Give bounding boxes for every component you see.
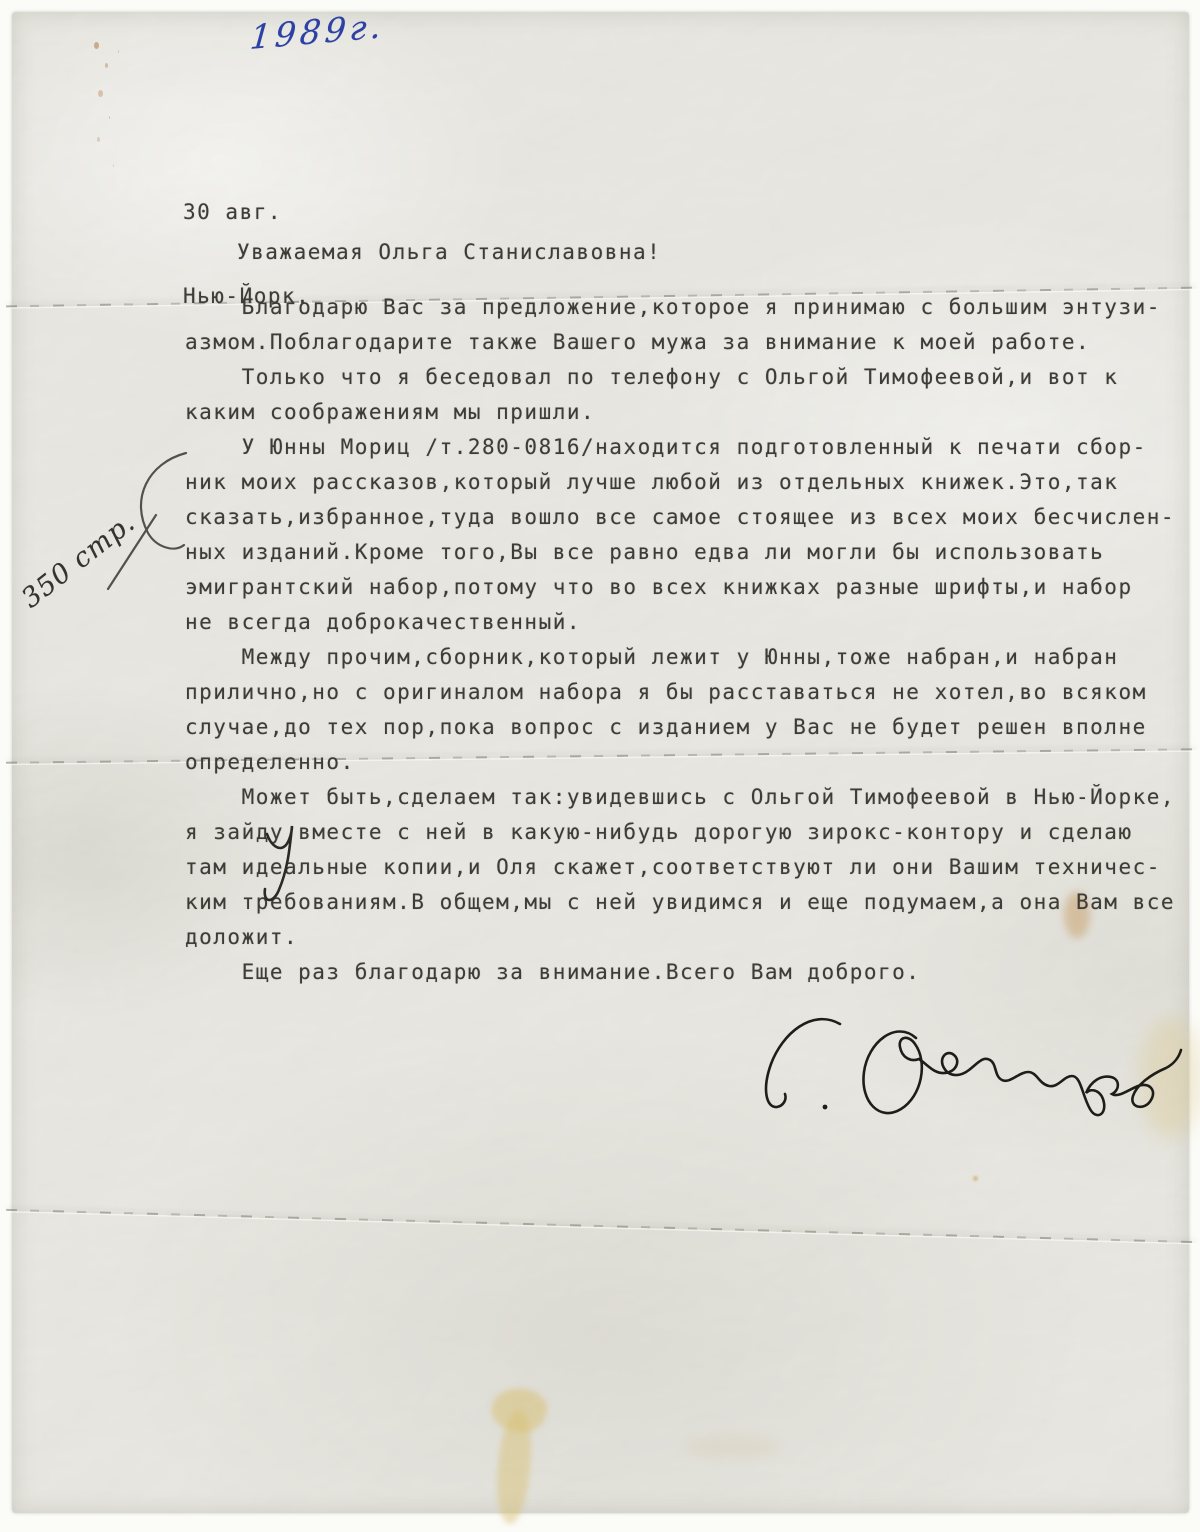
yellow-stain-edge: [1140, 1017, 1200, 1139]
letter-line: каким соображениям мы пришли.: [185, 395, 1175, 430]
letter-line: Между прочим,сборник,который лежит у Юнн…: [185, 640, 1175, 675]
letter-line: Может быть,сделаем так:увидевшись с Ольг…: [185, 780, 1175, 815]
date-line: 30 авг.: [183, 198, 310, 226]
letter-body: Благодарю Вас за предложение,которое я п…: [185, 290, 1175, 990]
letter-line: Только что я беседовал по телефону с Оль…: [185, 360, 1175, 395]
letter-line: ных изданий.Кроме того,Вы все равно едва…: [185, 535, 1175, 570]
letter-line: я зайду вместе с ней в какую-нибудь доро…: [185, 815, 1175, 850]
rust-stain-dots: [94, 42, 99, 49]
letter-line: эмигрантский набор,потому что во всех кн…: [185, 570, 1175, 605]
letter-line: Благодарю Вас за предложение,которое я п…: [185, 290, 1175, 325]
letter-line: определенно.: [185, 745, 1175, 780]
letter-line: там идеальные копии,и Оля скажет,соответ…: [185, 850, 1175, 885]
faint-smudge: [684, 1436, 780, 1458]
salutation: Уважаемая Ольга Станиславовна!: [237, 240, 661, 264]
letter-line: азмом.Поблагодарите также Вашего мужа за…: [185, 325, 1175, 360]
fold-crease-bottom: [6, 1209, 1196, 1243]
letter-line: доложит.: [185, 920, 1175, 955]
letter-line: У Юнны Мориц /т.280-0816/находится подго…: [185, 430, 1175, 465]
letter-page: 1989г. 30 авг. Нью-Йорк. Уважаемая Ольга…: [12, 12, 1189, 1513]
letter-line: прилично,но с оригиналом набора я бы рас…: [185, 675, 1175, 710]
signature-handwriting: [698, 1010, 1183, 1150]
margin-note-page-count: 350 стр.: [16, 498, 153, 615]
yellow-stain-blob: [487, 1381, 552, 1440]
handwritten-year-note: 1989г.: [249, 6, 387, 57]
letter-line: случае,до тех пор,пока вопрос с изданием…: [185, 710, 1175, 745]
letter-line: ник моих рассказов,который лучше любой и…: [185, 465, 1175, 500]
letter-line: Еще раз благодарю за внимание.Всего Вам …: [185, 955, 1175, 990]
yellow-stain-streak: [492, 1409, 536, 1526]
letter-line: не всегда доброкачественный.: [185, 605, 1175, 640]
tiny-stain-dot: [973, 1176, 978, 1181]
letter-line: сказать,избранное,туда вошло все самое с…: [185, 500, 1175, 535]
letter-line: ким требованиям.В общем,мы с ней увидимс…: [185, 885, 1175, 920]
